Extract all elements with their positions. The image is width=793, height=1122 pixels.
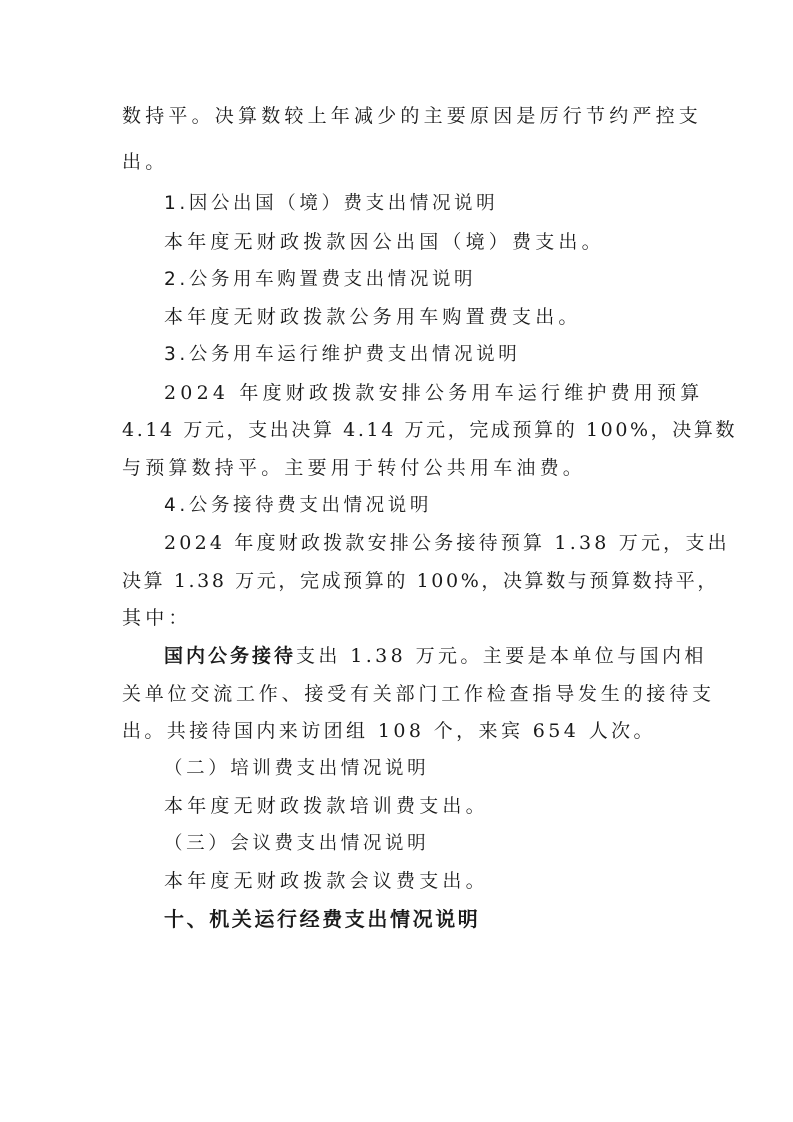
section-heading-10: 十、机关运行经费支出情况说明 [164, 907, 480, 931]
body-text-line: 国内公务接待支出 1.38 万元。主要是本单位与国内相 [164, 644, 707, 668]
body-text-line: 与预算数持平。主要用于转付公共用车油费。 [122, 456, 586, 480]
subsection-heading-4: 4.公务接待费支出情况说明 [164, 494, 432, 518]
subsection-heading-3: 3.公务用车运行维护费支出情况说明 [164, 343, 520, 367]
body-text-line: 其中： [122, 606, 192, 630]
subsection-heading-meeting: （三）会议费支出情况说明 [164, 832, 429, 856]
body-text-line: 4.14 万元，支出决算 4.14 万元，完成预算的 100%，决算数 [122, 418, 737, 442]
body-text-line: 本年度无财政拨款公务用车购置费支出。 [164, 305, 582, 329]
body-text-line: 关单位交流工作、接受有关部门工作检查指导发生的接待支 [122, 682, 715, 706]
subsection-heading-1: 1.因公出国（境）费支出情况说明 [164, 192, 498, 216]
body-text-line: 2024 年度财政拨款安排公务接待预算 1.38 万元，支出 [164, 531, 730, 555]
body-text-line: 出。 [122, 150, 168, 174]
body-text-line: 决算 1.38 万元，完成预算的 100%，决算数与预算数持平， [122, 569, 719, 593]
body-text-line: 本年度无财政拨款因公出国（境）费支出。 [164, 230, 605, 254]
subsection-heading-training: （二）培训费支出情况说明 [164, 757, 429, 781]
body-text: 支出 1.38 万元。主要是本单位与国内相 [296, 645, 707, 667]
bold-label: 国内公务接待 [164, 645, 296, 667]
subsection-heading-2: 2.公务用车购置费支出情况说明 [164, 268, 476, 292]
body-text-line: 本年度无财政拨款培训费支出。 [164, 794, 489, 818]
body-text-line: 数持平。决算数较上年减少的主要原因是厉行节约严控支 [122, 104, 702, 128]
body-text-line: 本年度无财政拨款会议费支出。 [164, 869, 489, 893]
body-text-line: 2024 年度财政拨款安排公务用车运行维护费用预算 [164, 381, 703, 405]
body-text-line: 出。共接待国内来访团组 108 个，来宾 654 人次。 [122, 719, 656, 743]
document-page: 数持平。决算数较上年减少的主要原因是厉行节约严控支 出。 1.因公出国（境）费支… [0, 0, 793, 1122]
